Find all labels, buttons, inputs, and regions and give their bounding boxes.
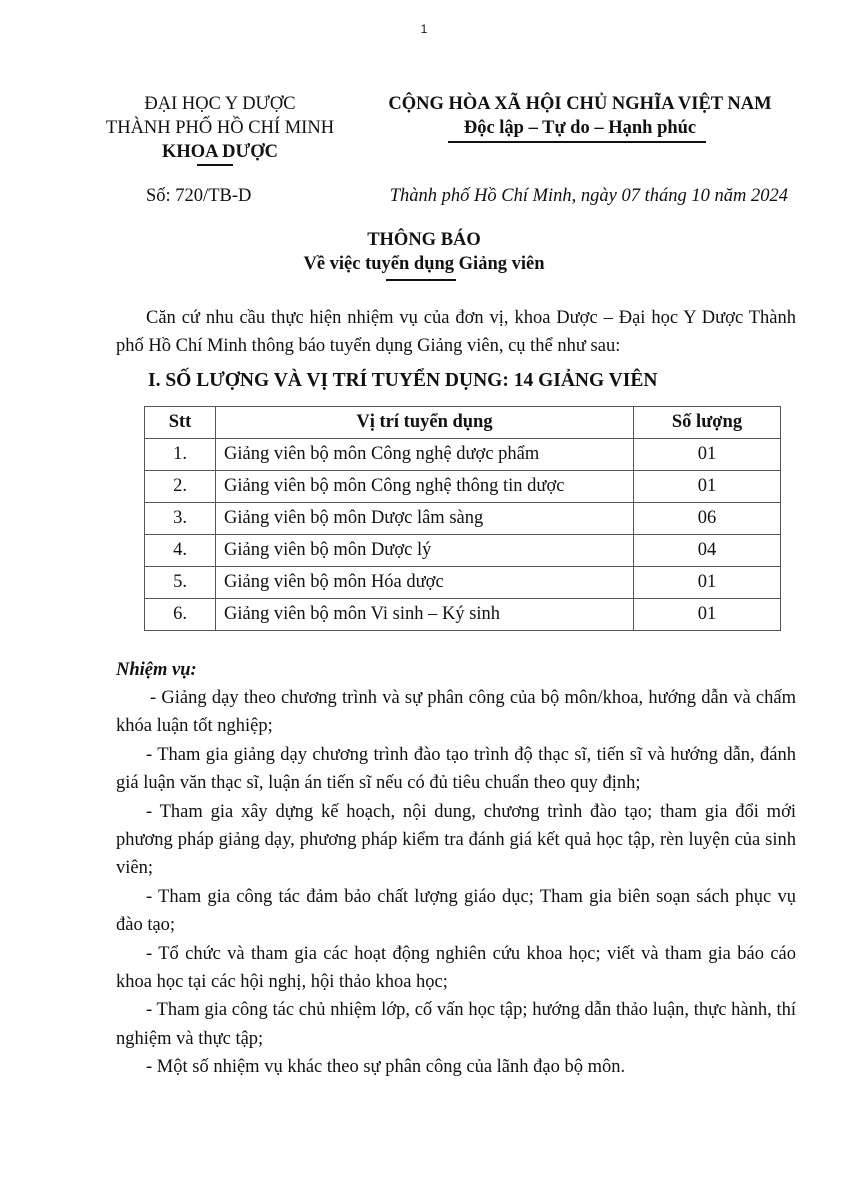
section-heading: I. SỐ LƯỢNG VÀ VỊ TRÍ TUYỂN DỤNG: 14 GIẢ… xyxy=(148,370,657,392)
title-subject: Về việc tuyển dụng Giảng viên xyxy=(0,252,848,276)
table-row: 1. Giảng viên bộ môn Công nghệ dược phẩm… xyxy=(145,439,781,471)
positions-table: Stt Vị trí tuyển dụng Số lượng 1. Giảng … xyxy=(144,406,781,631)
duty-item: - Tham gia công tác đảm bảo chất lượng g… xyxy=(116,883,796,940)
row-position: Giảng viên bộ môn Hóa dược xyxy=(216,567,634,599)
issuing-organization: ĐẠI HỌC Y DƯỢC THÀNH PHỐ HỒ CHÍ MINH KHO… xyxy=(100,92,340,164)
duties-list: - Giảng dạy theo chương trình và sự phân… xyxy=(116,684,796,1082)
title-main: THÔNG BÁO xyxy=(0,228,848,252)
duty-item: - Tổ chức và tham gia các hoạt động nghi… xyxy=(116,940,796,997)
duty-item: - Giảng dạy theo chương trình và sự phân… xyxy=(116,684,796,741)
row-quantity: 01 xyxy=(634,599,781,631)
row-quantity: 04 xyxy=(634,535,781,567)
table-row: 5. Giảng viên bộ môn Hóa dược 01 xyxy=(145,567,781,599)
title-underline xyxy=(386,279,456,281)
row-quantity: 01 xyxy=(634,439,781,471)
row-stt: 1. xyxy=(145,439,216,471)
table-row: 3. Giảng viên bộ môn Dược lâm sàng 06 xyxy=(145,503,781,535)
duty-item: - Tham gia giảng dạy chương trình đào tạ… xyxy=(116,741,796,798)
row-position: Giảng viên bộ môn Công nghệ thông tin dư… xyxy=(216,471,634,503)
row-position: Giảng viên bộ môn Vi sinh – Ký sinh xyxy=(216,599,634,631)
row-stt: 5. xyxy=(145,567,216,599)
row-quantity: 06 xyxy=(634,503,781,535)
table-header-row: Stt Vị trí tuyển dụng Số lượng xyxy=(145,407,781,439)
national-motto: CỘNG HÒA XÃ HỘI CHỦ NGHĨA VIỆT NAM Độc l… xyxy=(360,92,800,140)
duty-item: - Tham gia xây dựng kế hoạch, nội dung, … xyxy=(116,798,796,883)
faculty-underline xyxy=(197,164,233,166)
page-number: 1 xyxy=(0,22,848,36)
row-quantity: 01 xyxy=(634,471,781,503)
header-position: Vị trí tuyển dụng xyxy=(216,407,634,439)
header-quantity: Số lượng xyxy=(634,407,781,439)
intro-paragraph: Căn cứ nhu cầu thực hiện nhiệm vụ của đơ… xyxy=(116,304,796,360)
row-stt: 2. xyxy=(145,471,216,503)
duty-item: - Tham gia công tác chủ nhiệm lớp, cố vấ… xyxy=(116,996,796,1053)
row-position: Giảng viên bộ môn Dược lý xyxy=(216,535,634,567)
row-position: Giảng viên bộ môn Dược lâm sàng xyxy=(216,503,634,535)
university-city: THÀNH PHỐ HỒ CHÍ MINH xyxy=(100,116,340,140)
row-position: Giảng viên bộ môn Công nghệ dược phẩm xyxy=(216,439,634,471)
row-quantity: 01 xyxy=(634,567,781,599)
row-stt: 3. xyxy=(145,503,216,535)
row-stt: 6. xyxy=(145,599,216,631)
duty-item: - Một số nhiệm vụ khác theo sự phân công… xyxy=(116,1053,796,1081)
duties-heading: Nhiệm vụ: xyxy=(116,660,197,681)
university-name: ĐẠI HỌC Y DƯỢC xyxy=(100,92,340,116)
country-name: CỘNG HÒA XÃ HỘI CHỦ NGHĨA VIỆT NAM xyxy=(360,92,800,116)
table-row: 6. Giảng viên bộ môn Vi sinh – Ký sinh 0… xyxy=(145,599,781,631)
motto-underline xyxy=(448,141,706,143)
motto: Độc lập – Tự do – Hạnh phúc xyxy=(360,116,800,140)
faculty-name: KHOA DƯỢC xyxy=(100,140,340,164)
header-stt: Stt xyxy=(145,407,216,439)
document-number: Số: 720/TB-D xyxy=(146,186,251,207)
document-title: THÔNG BÁO Về việc tuyển dụng Giảng viên xyxy=(0,228,848,276)
document-date: Thành phố Hồ Chí Minh, ngày 07 tháng 10 … xyxy=(390,186,788,207)
table-row: 4. Giảng viên bộ môn Dược lý 04 xyxy=(145,535,781,567)
row-stt: 4. xyxy=(145,535,216,567)
table-row: 2. Giảng viên bộ môn Công nghệ thông tin… xyxy=(145,471,781,503)
